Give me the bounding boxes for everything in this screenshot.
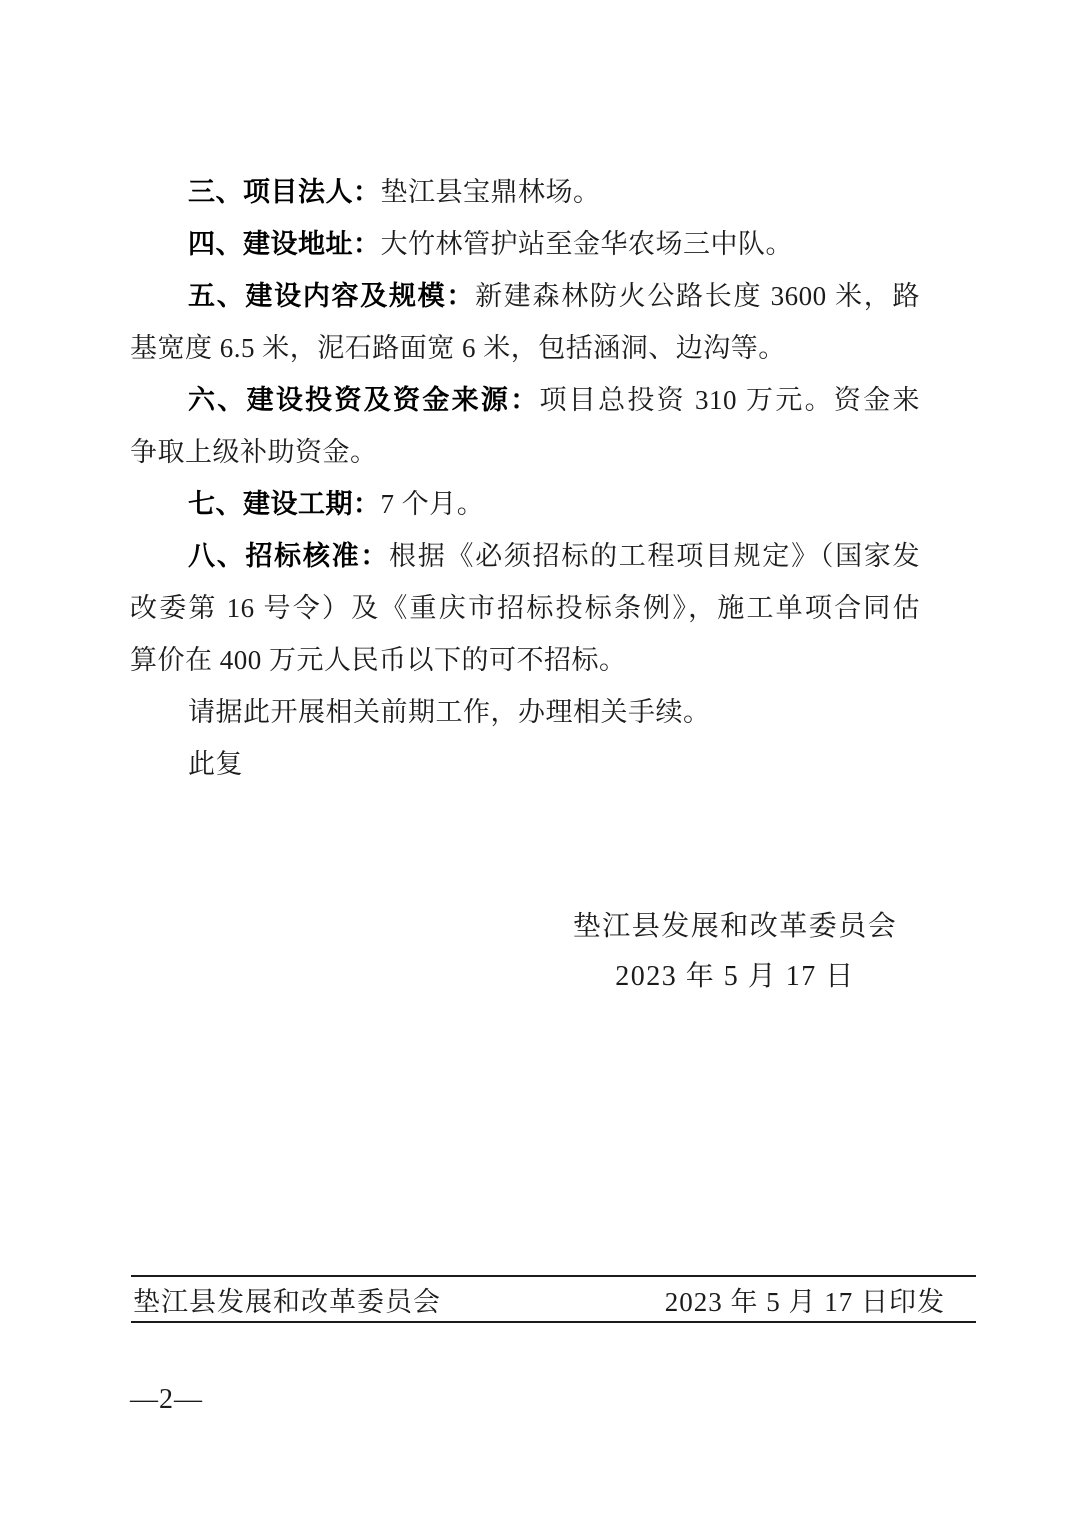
section-text: 大竹林管护站至金华农场三中队。	[381, 229, 794, 259]
section-label: 八、招标核准：	[188, 541, 389, 571]
body-line-bidding-approval-2: 改委第 16 号令）及《重庆市招标投标条例》，施工单项合同估	[130, 582, 920, 634]
section-text: 7 个月。	[381, 489, 485, 519]
section-label: 四、建设地址：	[188, 229, 381, 259]
body-line-bidding-approval-3: 算价在 400 万元人民币以下的可不招标。	[130, 634, 920, 686]
section-text: 争取上级补助资金。	[130, 437, 378, 467]
footer-issuer: 垫江县发展和改革委员会	[133, 1280, 441, 1319]
section-text: 新建森林防火公路长度 3600 米，路	[475, 281, 920, 311]
section-text: 算价在 400 万元人民币以下的可不招标。	[130, 645, 627, 675]
signature-date: 2023 年 5 月 17 日	[530, 952, 940, 1002]
document-page: 三、项目法人：垫江县宝鼎林场。 四、建设地址：大竹林管护站至金华农场三中队。 五…	[0, 0, 1074, 1520]
footer-row: 垫江县发展和改革委员会 2023 年 5 月 17 日印发	[133, 1277, 945, 1321]
section-text: 请据此开展相关前期工作，办理相关手续。	[188, 697, 711, 727]
section-label: 五、建设内容及规模：	[188, 281, 475, 311]
document-body: 三、项目法人：垫江县宝鼎林场。 四、建设地址：大竹林管护站至金华农场三中队。 五…	[130, 166, 920, 790]
body-line-construction-address: 四、建设地址：大竹林管护站至金华农场三中队。	[130, 218, 920, 270]
section-text: 基宽度 6.5 米，泥石路面宽 6 米，包括涵洞、边沟等。	[130, 333, 786, 363]
section-text: 根据《必须招标的工程项目规定》（国家发	[389, 541, 920, 571]
section-label: 六、建设投资及资金来源：	[188, 385, 540, 415]
body-line-closing-reply: 此复	[130, 738, 920, 790]
body-line-project-legal-person: 三、项目法人：垫江县宝鼎林场。	[130, 166, 920, 218]
section-text: 此复	[188, 749, 243, 779]
section-label: 三、项目法人：	[188, 177, 381, 207]
signature-org: 垫江县发展和改革委员会	[530, 902, 940, 952]
section-label: 七、建设工期：	[188, 489, 381, 519]
body-line-investment-2: 争取上级补助资金。	[130, 426, 920, 478]
section-text: 垫江县宝鼎林场。	[381, 177, 601, 207]
footer-bottom-rule	[131, 1321, 976, 1323]
body-line-content-scale-1: 五、建设内容及规模：新建森林防火公路长度 3600 米，路	[130, 270, 920, 322]
body-line-content-scale-2: 基宽度 6.5 米，泥石路面宽 6 米，包括涵洞、边沟等。	[130, 322, 920, 374]
footer-print-date: 2023 年 5 月 17 日印发	[665, 1280, 945, 1319]
body-line-construction-period: 七、建设工期：7 个月。	[130, 478, 920, 530]
body-line-closing-request: 请据此开展相关前期工作，办理相关手续。	[130, 686, 920, 738]
section-text: 改委第 16 号令）及《重庆市招标投标条例》，施工单项合同估	[130, 593, 920, 623]
page-number: —2—	[130, 1378, 203, 1422]
body-line-investment-1: 六、建设投资及资金来源：项目总投资 310 万元。资金来源：	[130, 374, 920, 426]
signature-block: 垫江县发展和改革委员会 2023 年 5 月 17 日	[530, 902, 940, 1002]
body-line-bidding-approval-1: 八、招标核准：根据《必须招标的工程项目规定》（国家发	[130, 530, 920, 582]
